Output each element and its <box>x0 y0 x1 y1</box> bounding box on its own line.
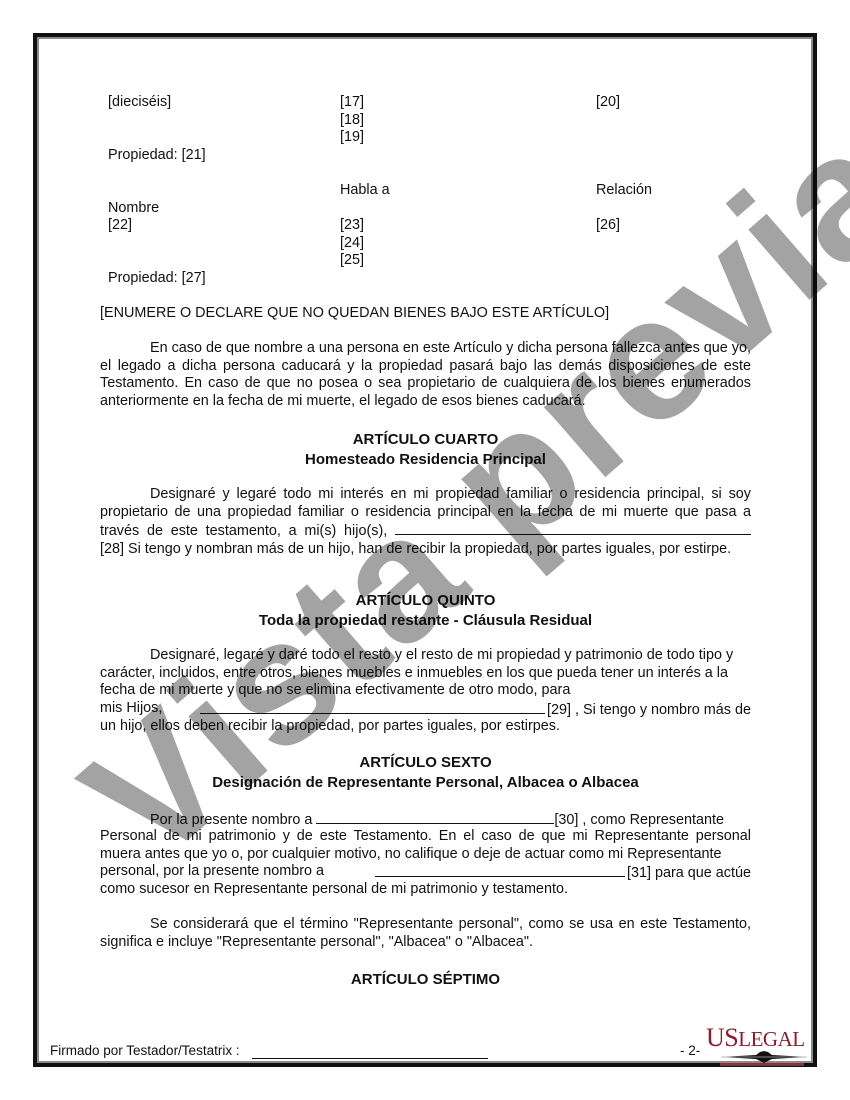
article4-subtitle: Homesteado Residencia Principal <box>100 450 751 469</box>
article5-subtitle: Toda la propiedad restante - Cláusula Re… <box>100 611 751 630</box>
article6-p2-text: Se considerará que el término "Represent… <box>100 916 751 950</box>
article5-line-blank: mis Hijos, [29] , Si tengo y nombro más … <box>100 700 751 720</box>
table2-col2-line1: [23] <box>340 217 364 235</box>
article6-subtitle: Designación de Representante Personal, A… <box>100 773 751 792</box>
table1-col2-line1: [17] <box>340 94 364 112</box>
child-name-blank-28[interactable] <box>395 521 751 535</box>
article6-p1-line4-start: personal, por la presente nombro a <box>100 863 324 883</box>
table2-property: Propiedad: [27] <box>108 270 206 288</box>
table2-header-col3: Relación <box>596 182 652 200</box>
article6-p1-after31: [31] para que actúe <box>627 865 751 883</box>
article5-paragraph: Designaré, legaré y daré todo el resto y… <box>100 647 751 700</box>
article5-text-after: un hijo, ellos deben recibir la propieda… <box>100 718 560 736</box>
table2-col2-line2: [24] <box>340 235 364 253</box>
article6-line4: personal, por la presente nombro a [31] … <box>100 863 751 883</box>
table2-header-col2: Habla a <box>340 182 390 200</box>
article7-title: ARTÍCULO SÉPTIMO <box>100 970 751 989</box>
article5-line2-end: [29] , Si tengo y nombro más de <box>547 702 751 720</box>
table1-col2-line3: [19] <box>340 129 364 147</box>
article5-title: ARTÍCULO QUINTO <box>100 591 751 610</box>
table1-col1: [dieciséis] <box>108 94 171 112</box>
signed-by-label: Firmado por Testador/Testatrix : <box>50 1043 240 1058</box>
article6-p1-start: Por la presente nombro a <box>150 812 312 828</box>
article4-title: ARTÍCULO CUARTO <box>100 430 751 449</box>
article4-paragraph: Designaré y legaré todo mi interés en mi… <box>100 486 751 558</box>
article6-p1-mid: Personal de mi patrimonio y de este Test… <box>100 828 751 863</box>
page-number: - 2- <box>680 1043 700 1058</box>
table2-col2-line3: [25] <box>340 252 364 270</box>
instruction-text: [ENUMERE O DECLARE QUE NO QUEDAN BIENES … <box>100 305 609 323</box>
lapse-paragraph: En caso de que nombre a una persona en e… <box>100 340 751 410</box>
article6-p1-end: como sucesor en Representante personal d… <box>100 881 568 899</box>
eagle-wing-icon <box>720 1051 808 1063</box>
article6-p1-after30: [30] , como Representante <box>554 812 724 828</box>
article5-text-before: Designaré, legaré y daré todo el resto y… <box>100 647 733 698</box>
article6-line1: Por la presente nombro a [30] , como Rep… <box>100 810 751 830</box>
signature-line[interactable] <box>252 1058 488 1059</box>
uslegal-logo-text: USLEGAL <box>706 1024 805 1053</box>
lapse-paragraph-text: En caso de que nombre a una persona en e… <box>100 340 751 409</box>
children-name-blank-29[interactable] <box>200 700 545 714</box>
table1-col3: [20] <box>596 94 620 112</box>
table1-property: Propiedad: [21] <box>108 147 206 165</box>
successor-name-blank-31[interactable] <box>375 863 625 877</box>
article6-paragraph2: Se considerará que el término "Represent… <box>100 916 751 951</box>
uslegal-logo[interactable]: USLEGAL <box>706 1024 822 1070</box>
logo-tagline <box>720 1063 804 1066</box>
table1-col2-line2: [18] <box>340 112 364 130</box>
article4-text-after: [28] Si tengo y nombran más de un hijo, … <box>100 541 731 557</box>
article5-line2-start: mis Hijos, <box>100 700 162 720</box>
table2-col1: [22] <box>108 217 132 235</box>
representative-name-blank-30[interactable] <box>316 810 554 824</box>
table2-header-col1: Nombre <box>108 200 159 218</box>
article6-title: ARTÍCULO SEXTO <box>100 753 751 772</box>
table2-col3: [26] <box>596 217 620 235</box>
